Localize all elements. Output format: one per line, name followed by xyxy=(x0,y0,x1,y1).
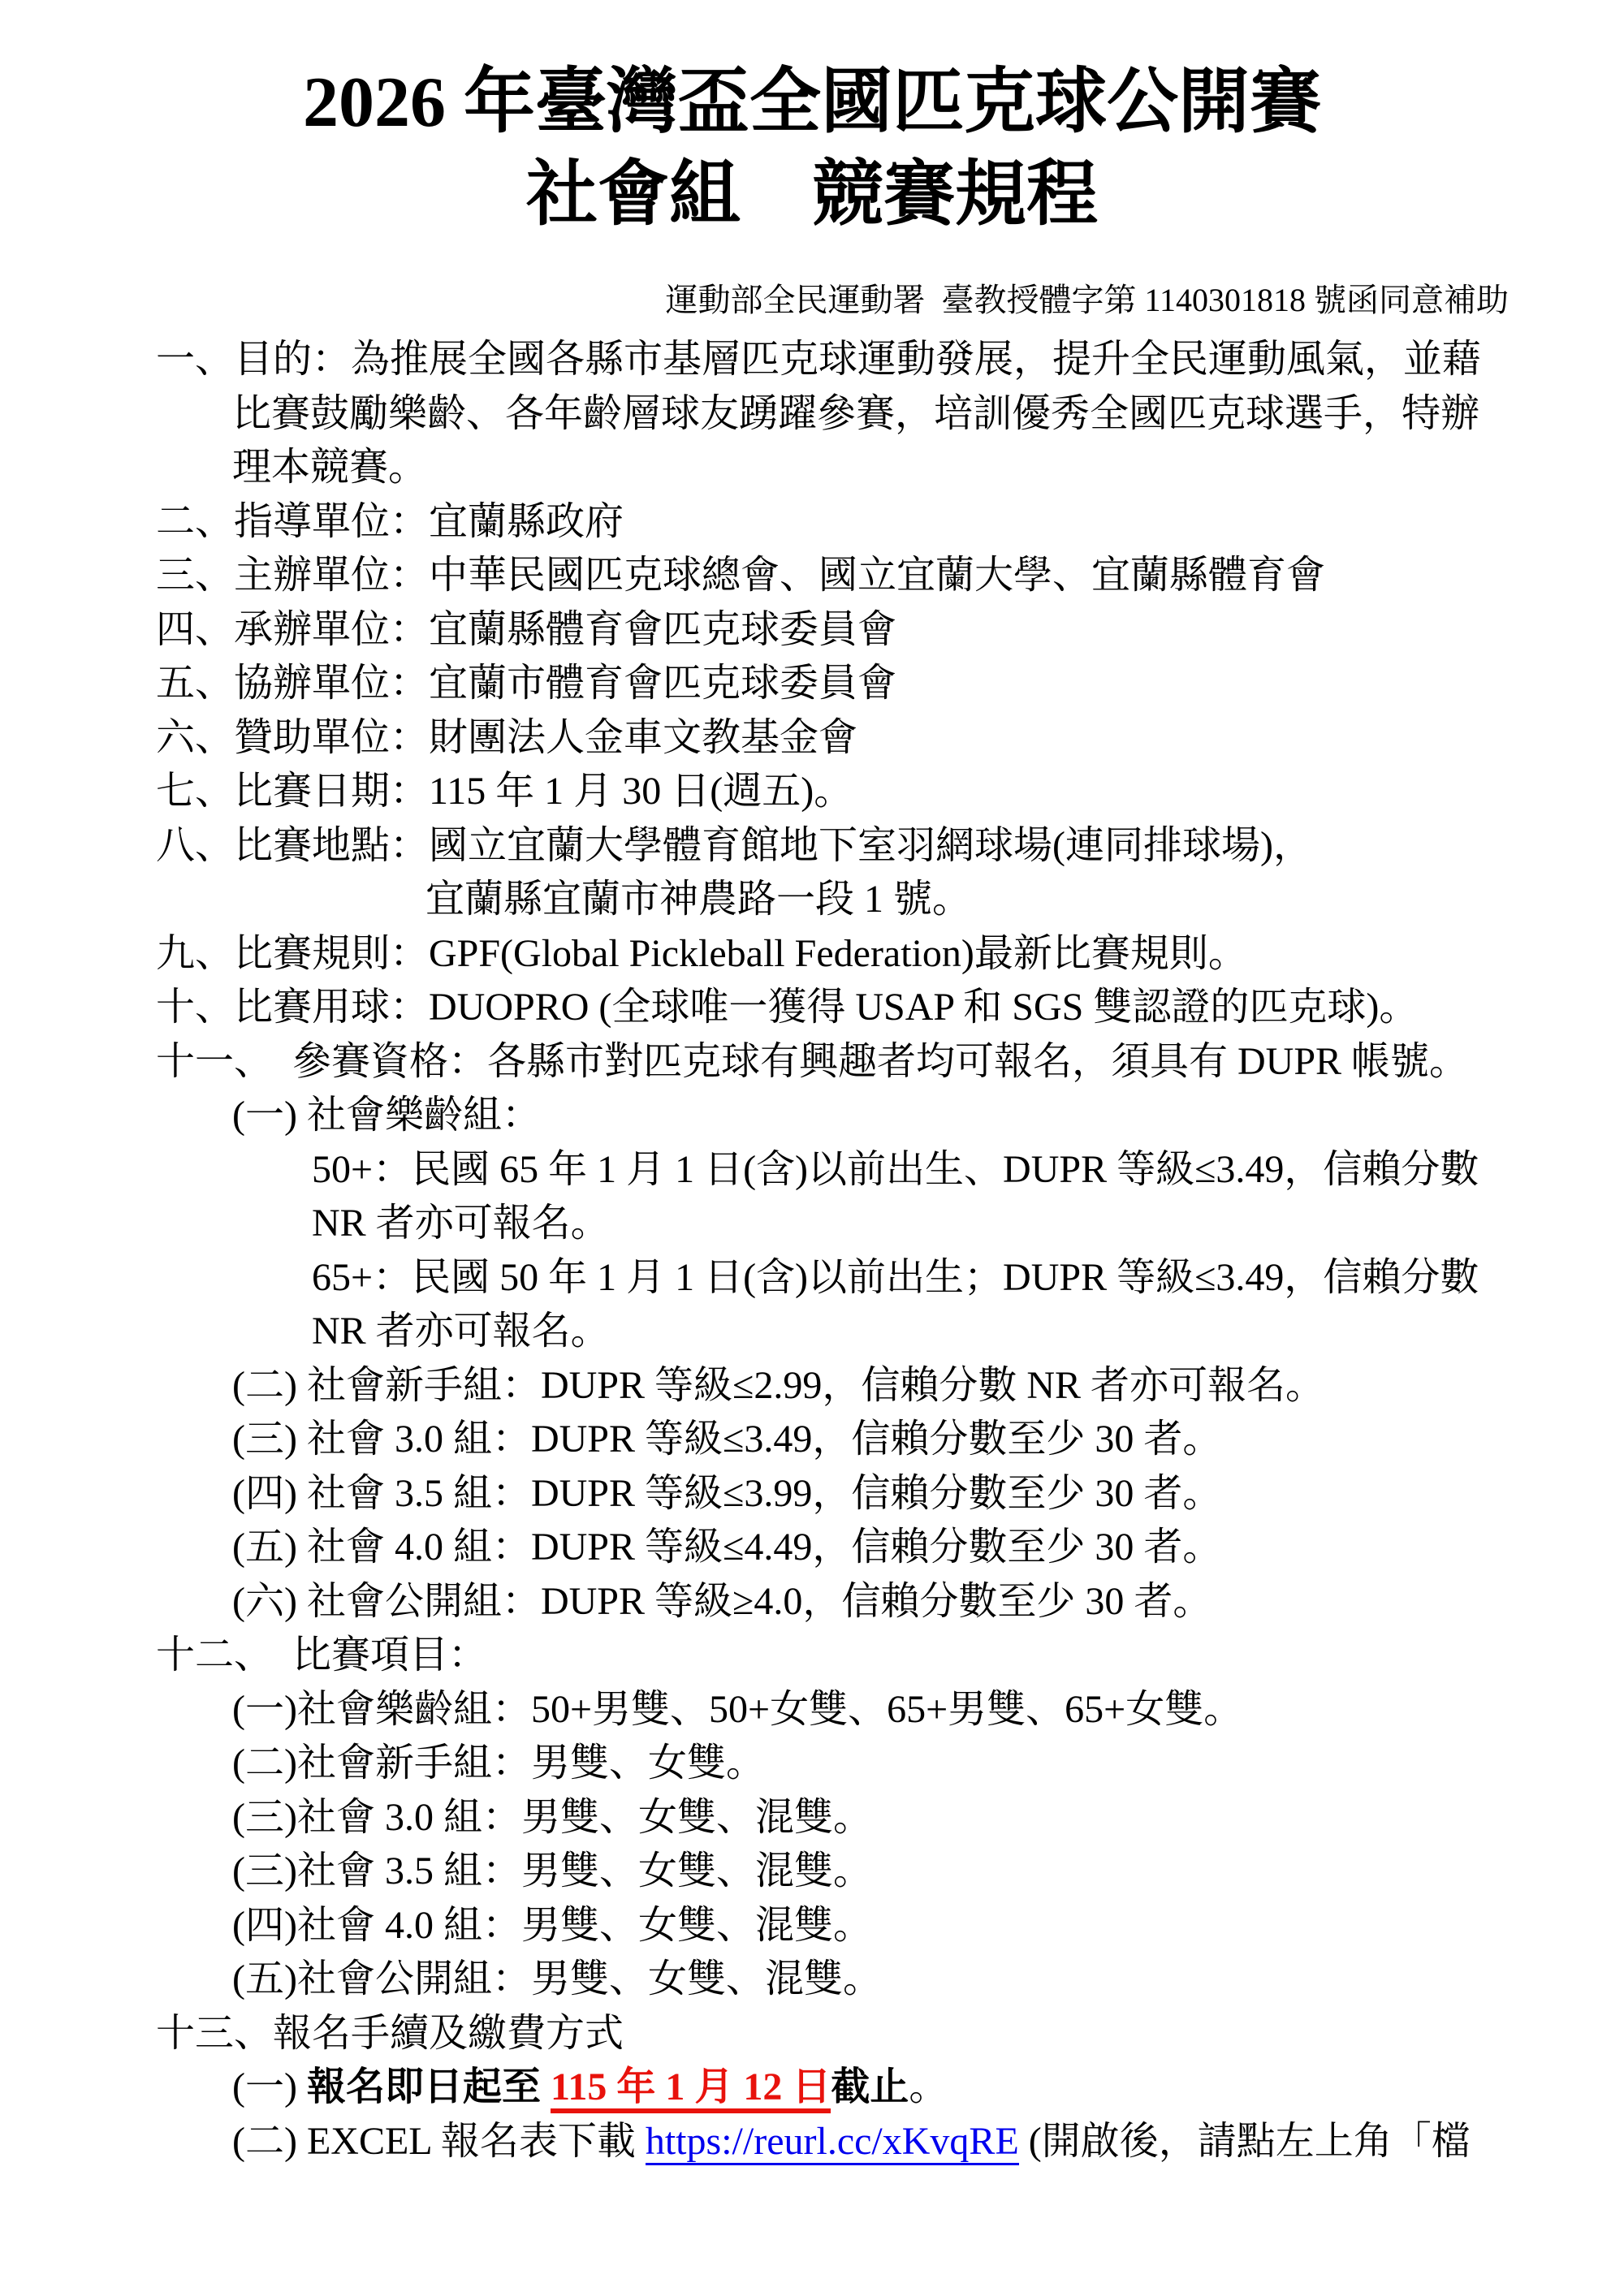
text-segment: (二) EXCEL 報名表下載 xyxy=(232,2120,646,2163)
doc-line: (三)社會 3.0 組：男雙、女雙、混雙。 xyxy=(0,1791,1624,1845)
deadline-date-highlight: 115 年 1 月 12 日 xyxy=(551,2065,831,2113)
doc-line: 宜蘭縣宜蘭市神農路一段 1 號。 xyxy=(0,873,1624,927)
text-segment: (五)社會公開組：男雙、女雙、混雙。 xyxy=(232,1957,882,2000)
text-segment: 十三、報名手續及繳費方式 xyxy=(156,2012,624,2055)
doc-line: (三)社會 3.5 組：男雙、女雙、混雙。 xyxy=(0,1845,1624,1899)
doc-line: (四) 社會 3.5 組：DUPR 等級≤3.99，信賴分數至少 30 者。 xyxy=(0,1467,1624,1521)
text-segment: 十、比賽用球：DUOPRO (全球唯一獲得 USAP 和 SGS 雙認證的匹克球… xyxy=(156,986,1418,1029)
text-segment: 報名即日起至 xyxy=(307,2065,551,2108)
text-segment: 八、比賽地點：國立宜蘭大學體育館地下室羽網球場(連同排球場)， xyxy=(156,824,1312,867)
doc-line: (二)社會新手組：男雙、女雙。 xyxy=(0,1737,1624,1791)
doc-line: 一、目的：為推展全國各縣市基層匹克球運動發展，提升全民運動風氣，並藉 xyxy=(0,333,1624,387)
doc-line: 理本競賽。 xyxy=(0,441,1624,495)
text-segment: 。 xyxy=(909,2065,948,2108)
text-segment: 九、比賽規則：GPF(Global Pickleball Federation)… xyxy=(156,932,1247,975)
text-segment: 65+：民國 50 年 1 月 1 日(含)以前出生；DUPR 等級≤3.49，… xyxy=(312,1256,1479,1299)
doc-line: (五) 社會 4.0 組：DUPR 等級≤4.49，信賴分數至少 30 者。 xyxy=(0,1521,1624,1575)
text-segment: 比賽鼓勵樂齡、各年齡層球友踴躍參賽，培訓優秀全國匹克球選手，特辦 xyxy=(232,392,1479,435)
text-segment: NR 者亦可報名。 xyxy=(312,1202,610,1245)
text-segment: 一、目的：為推展全國各縣市基層匹克球運動發展，提升全民運動風氣，並藉 xyxy=(156,338,1481,381)
text-segment: 十二、 比賽項目： xyxy=(156,1634,487,1677)
document-body: 一、目的：為推展全國各縣市基層匹克球運動發展，提升全民運動風氣，並藉比賽鼓勵樂齡… xyxy=(0,333,1624,2169)
doc-line: (二) 社會新手組：DUPR 等級≤2.99，信賴分數 NR 者亦可報名。 xyxy=(0,1359,1624,1413)
text-segment: (三)社會 3.5 組：男雙、女雙、混雙。 xyxy=(232,1849,872,1892)
doc-line: 五、協辦單位：宜蘭市體育會匹克球委員會 xyxy=(0,657,1624,711)
text-segment: 三、主辦單位：中華民國匹克球總會、國立宜蘭大學、宜蘭縣體育會 xyxy=(156,554,1325,597)
text-segment: 理本競賽。 xyxy=(232,446,427,489)
text-segment: (五) 社會 4.0 組：DUPR 等級≤4.49，信賴分數至少 30 者。 xyxy=(232,1526,1221,1569)
text-segment: (二)社會新手組：男雙、女雙。 xyxy=(232,1741,765,1785)
doc-line: 65+：民國 50 年 1 月 1 日(含)以前出生；DUPR 等級≤3.49，… xyxy=(0,1251,1624,1306)
text-segment: (一)社會樂齡組：50+男雙、50+女雙、65+男雙、65+女雙。 xyxy=(232,1688,1242,1731)
text-segment: 四、承辦單位：宜蘭縣體育會匹克球委員會 xyxy=(156,608,896,651)
text-segment: 六、贊助單位：財團法人金車文教基金會 xyxy=(156,716,857,759)
doc-line: (二) EXCEL 報名表下載 https://reurl.cc/xKvqRE … xyxy=(0,2115,1624,2169)
text-segment: (三) 社會 3.0 組：DUPR 等級≤3.49，信賴分數至少 30 者。 xyxy=(232,1418,1221,1461)
doc-line: NR 者亦可報名。 xyxy=(0,1305,1624,1359)
text-segment: (四)社會 4.0 組：男雙、女雙、混雙。 xyxy=(232,1904,872,1947)
document-page: 2026 年臺灣盃全國匹克球公開賽 社會組 競賽規程 運動部全民運動署 臺教授體… xyxy=(0,0,1624,2296)
doc-line: NR 者亦可報名。 xyxy=(0,1197,1624,1251)
doc-line: (一)社會樂齡組：50+男雙、50+女雙、65+男雙、65+女雙。 xyxy=(0,1683,1624,1737)
text-segment: 十一、 參賽資格：各縣市對匹克球有興趣者均可報名，須具有 DUPR 帳號。 xyxy=(156,1040,1468,1083)
text-segment: 五、協辦單位：宜蘭市體育會匹克球委員會 xyxy=(156,662,896,705)
text-segment: 截止 xyxy=(831,2065,909,2108)
doc-line: (一) 社會樂齡組： xyxy=(0,1089,1624,1143)
doc-line: (一) 報名即日起至 115 年 1 月 12 日截止。 xyxy=(0,2061,1624,2115)
text-segment: (六) 社會公開組：DUPR 等級≥4.0，信賴分數至少 30 者。 xyxy=(232,1580,1212,1623)
doc-line: 七、比賽日期：115 年 1 月 30 日(週五)。 xyxy=(0,765,1624,819)
doc-line: 九、比賽規則：GPF(Global Pickleball Federation)… xyxy=(0,927,1624,982)
doc-line: 十、比賽用球：DUOPRO (全球唯一獲得 USAP 和 SGS 雙認證的匹克球… xyxy=(0,981,1624,1035)
authority-note: 運動部全民運動署 臺教授體字第 1140301818 號函同意補助 xyxy=(665,279,1509,322)
doc-line: (六) 社會公開組：DUPR 等級≥4.0，信賴分數至少 30 者。 xyxy=(0,1575,1624,1629)
doc-line: 十三、報名手續及繳費方式 xyxy=(0,2007,1624,2061)
doc-line: 十一、 參賽資格：各縣市對匹克球有興趣者均可報名，須具有 DUPR 帳號。 xyxy=(0,1035,1624,1090)
doc-line: 二、指導單位：宜蘭縣政府 xyxy=(0,495,1624,550)
text-segment: (開啟後，請點左上角「檔 xyxy=(1019,2120,1471,2163)
text-segment: 七、比賽日期：115 年 1 月 30 日(週五)。 xyxy=(156,770,853,813)
doc-line: 十二、 比賽項目： xyxy=(0,1629,1624,1683)
doc-line: 三、主辦單位：中華民國匹克球總會、國立宜蘭大學、宜蘭縣體育會 xyxy=(0,549,1624,603)
doc-line: (五)社會公開組：男雙、女雙、混雙。 xyxy=(0,1953,1624,2007)
text-segment: (一) xyxy=(232,2065,307,2108)
doc-line: (三) 社會 3.0 組：DUPR 等級≤3.49，信賴分數至少 30 者。 xyxy=(0,1413,1624,1467)
text-segment: 宜蘭縣宜蘭市神農路一段 1 號。 xyxy=(425,878,971,921)
text-segment: (二) 社會新手組：DUPR 等級≤2.99，信賴分數 NR 者亦可報名。 xyxy=(232,1364,1324,1407)
doc-line: 四、承辦單位：宜蘭縣體育會匹克球委員會 xyxy=(0,603,1624,658)
doc-line: 50+：民國 65 年 1 月 1 日(含)以前出生、DUPR 等級≤3.49，… xyxy=(0,1143,1624,1198)
text-segment: (四) 社會 3.5 組：DUPR 等級≤3.99，信賴分數至少 30 者。 xyxy=(232,1472,1221,1515)
text-segment: 50+：民國 65 年 1 月 1 日(含)以前出生、DUPR 等級≤3.49，… xyxy=(312,1148,1479,1191)
text-segment: NR 者亦可報名。 xyxy=(312,1310,610,1353)
registration-form-link[interactable]: https://reurl.cc/xKvqRE xyxy=(646,2120,1019,2165)
text-segment: (三)社會 3.0 組：男雙、女雙、混雙。 xyxy=(232,1796,872,1839)
text-segment: 二、指導單位：宜蘭縣政府 xyxy=(156,500,624,543)
doc-title-line1: 2026 年臺灣盃全國匹克球公開賽 xyxy=(0,58,1624,148)
doc-line: 八、比賽地點：國立宜蘭大學體育館地下室羽網球場(連同排球場)， xyxy=(0,819,1624,874)
doc-line: 六、贊助單位：財團法人金車文教基金會 xyxy=(0,711,1624,766)
doc-line: 比賽鼓勵樂齡、各年齡層球友踴躍參賽，培訓優秀全國匹克球選手，特辦 xyxy=(0,387,1624,442)
text-segment: (一) 社會樂齡組： xyxy=(232,1094,541,1137)
doc-line: (四)社會 4.0 組：男雙、女雙、混雙。 xyxy=(0,1899,1624,1953)
doc-title-line2: 社會組 競賽規程 xyxy=(0,151,1624,240)
